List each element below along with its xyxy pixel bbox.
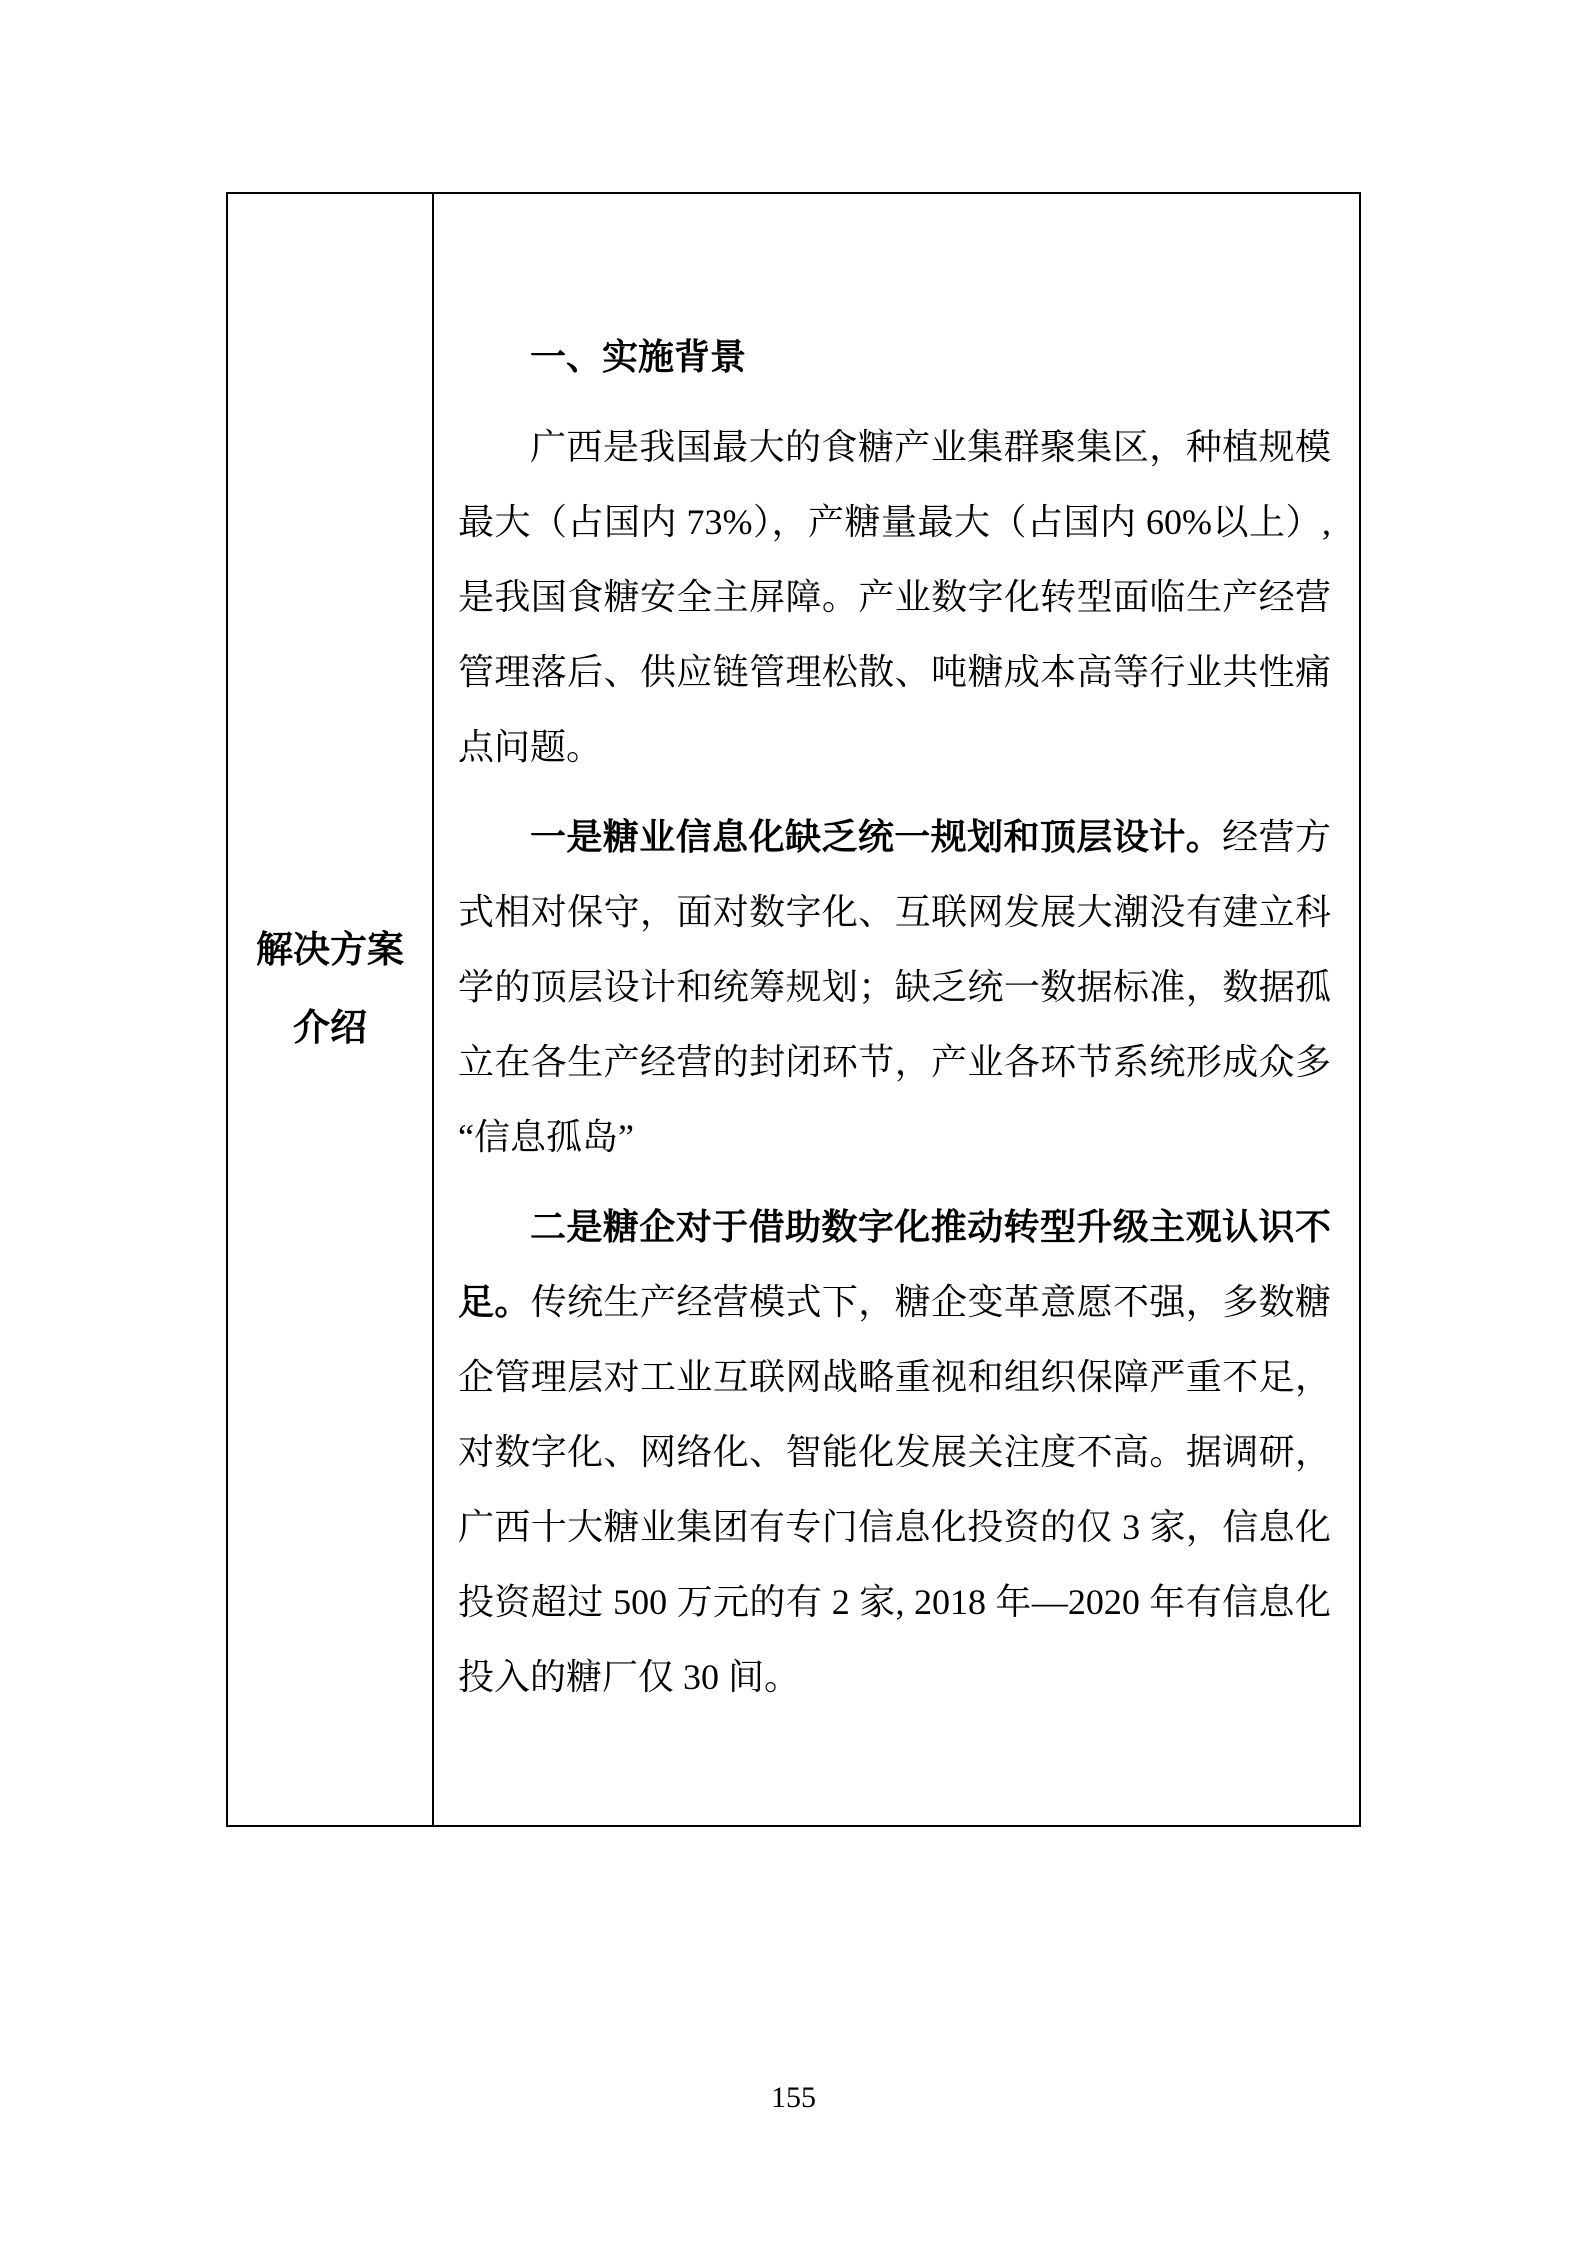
text-line: 最大（占国内 73%），产糖量最大（占国内 60%以上）, (458, 485, 1331, 560)
text-line: 投入的糖厂仅 30 间。 (458, 1640, 1331, 1715)
text-line: 是我国食糖安全主屏障。产业数字化转型面临生产经营 (458, 560, 1331, 635)
bold-run: 足。 (458, 1282, 531, 1322)
paragraph-background: 广西是我国最大的食糖产业集群聚集区，种植规模 最大（占国内 73%），产糖量最大… (458, 410, 1331, 785)
text-run: 传统生产经营模式下，糖企变革意愿不强，多数糖 (531, 1282, 1331, 1322)
text-run: 经营方 (1222, 817, 1331, 857)
text-line: 点问题。 (458, 710, 1331, 785)
paragraph-issue-two: 二是糖企对于借助数字化推动转型升级主观认识不 足。传统生产经营模式下，糖企变革意… (458, 1190, 1331, 1715)
row-header-cell: 解决方案 介绍 (228, 194, 434, 1825)
text-line: 二是糖企对于借助数字化推动转型升级主观认识不 (458, 1190, 1331, 1265)
text-line: 管理落后、供应链管理松散、吨糖成本高等行业共性痛 (458, 635, 1331, 710)
text-line: 一是糖业信息化缺乏统一规划和顶层设计。经营方 (458, 800, 1331, 875)
text-line: “信息孤岛” (458, 1100, 1331, 1175)
text-line: 式相对保守，面对数字化、互联网发展大潮没有建立科 (458, 875, 1331, 950)
row-header-label-line1: 解决方案 (256, 912, 404, 990)
bold-run: 一是糖业信息化缺乏统一规划和顶层设计。 (530, 817, 1222, 857)
paragraph-issue-one: 一是糖业信息化缺乏统一规划和顶层设计。经营方 式相对保守，面对数字化、互联网发展… (458, 800, 1331, 1175)
row-header-label-line2: 介绍 (256, 990, 404, 1068)
text-line: 广西十大糖业集团有专门信息化投资的仅 3 家，信息化 (458, 1490, 1331, 1565)
row-content-cell: 一、实施背景 广西是我国最大的食糖产业集群聚集区，种植规模 最大（占国内 73%… (434, 194, 1359, 1825)
solution-table-row: 解决方案 介绍 一、实施背景 广西是我国最大的食糖产业集群聚集区，种植规模 最大… (226, 192, 1361, 1827)
text-line: 广西是我国最大的食糖产业集群聚集区，种植规模 (458, 410, 1331, 485)
text-line: 对数字化、网络化、智能化发展关注度不高。据调研， (458, 1415, 1331, 1490)
page-number: 155 (0, 2080, 1587, 2116)
text-line: 企管理层对工业互联网战略重视和组织保障严重不足， (458, 1340, 1331, 1415)
text-line: 投资超过 500 万元的有 2 家, 2018 年—2020 年有信息化 (458, 1565, 1331, 1640)
text-line: 足。传统生产经营模式下，糖企变革意愿不强，多数糖 (458, 1265, 1331, 1340)
text-line: 学的顶层设计和统筹规划；缺乏统一数据标准，数据孤 (458, 950, 1331, 1025)
section-heading: 一、实施背景 (458, 320, 1331, 395)
document-page: 解决方案 介绍 一、实施背景 广西是我国最大的食糖产业集群聚集区，种植规模 最大… (0, 0, 1587, 2245)
text-line: 立在各生产经营的封闭环节，产业各环节系统形成众多 (458, 1025, 1331, 1100)
row-header-label: 解决方案 介绍 (256, 912, 404, 1068)
